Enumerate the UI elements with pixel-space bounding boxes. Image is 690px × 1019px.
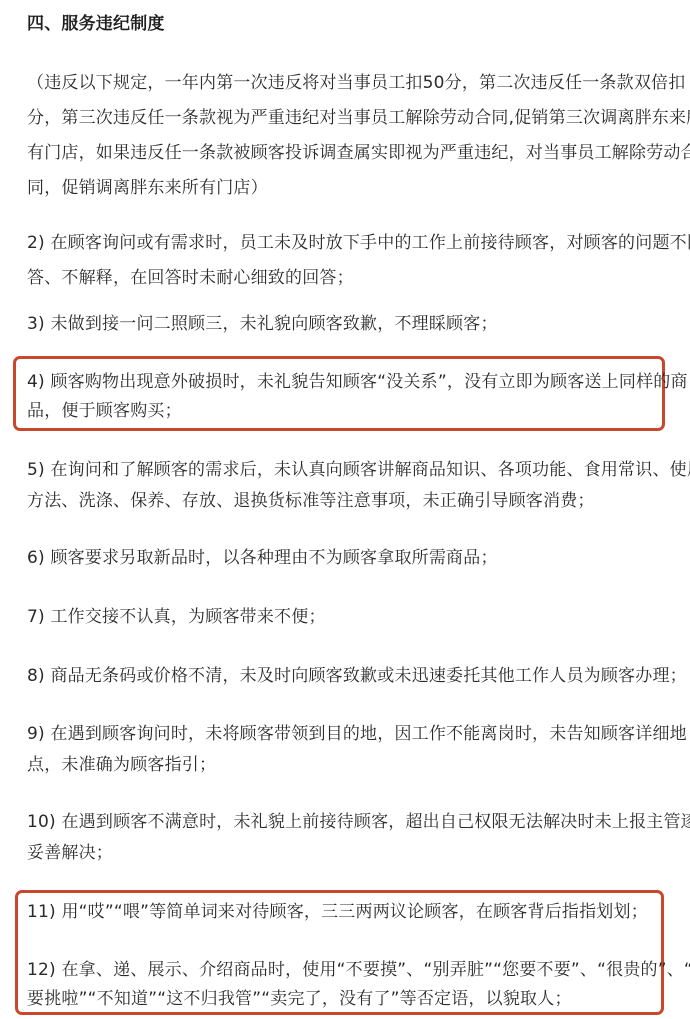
rule-item-4: 品，便于顾客购买； — [27, 401, 182, 421]
intro-line: 同，促销调离胖东来所有门店） — [27, 178, 268, 198]
intro-line: 有门店，如果违反任一条款被顾客投诉调查属实即视为严重违纪，对当事员工解除劳动合 — [27, 143, 690, 163]
rule-item-9: 9) 在遇到顾客询问时，未将顾客带领到目的地，因工作不能离岗时，未告知顾客详细地 — [27, 724, 687, 744]
rule-item-12: 要挑啦”“不知道”“这不归我管”“卖完了，没有了”等否定语，以貌取人； — [27, 989, 572, 1009]
intro-line: 分，第三次违反任一条款视为严重违纪对当事员工解除劳动合同,促销第三次调离胖东来所 — [27, 108, 690, 128]
intro-line: （违反以下规定，一年内第一次违反将对当事员工扣50分，第二次违反任一条款双倍扣 — [27, 73, 685, 93]
rule-item-6: 6) 顾客要求另取新品时，以各种理由不为顾客拿取所需商品； — [27, 548, 498, 568]
rule-item-7: 7) 工作交接不认真，为顾客带来不便； — [27, 607, 326, 627]
rule-item-5: 5) 在询问和了解顾客的需求后，未认真向顾客讲解商品知识、各项功能、食用常识、使… — [27, 460, 690, 480]
rule-item-5: 方法、洗涤、保养、存放、退换货标准等注意事项，未正确引导顾客消费； — [27, 491, 595, 511]
rule-item-2: 2) 在顾客询问或有需求时，员工未及时放下手中的工作上前接待顾客，对顾客的问题不… — [27, 233, 690, 253]
rule-item-11: 11) 用“哎”“喂”等简单词来对待顾客，三三两两议论顾客，在顾客背后指指划划； — [27, 902, 648, 922]
rule-item-3: 3) 未做到接一问二照顾三，未礼貌向顾客致歉，不理睬顾客； — [27, 314, 498, 334]
rule-item-4: 4) 顾客购物出现意外破损时，未礼貌告知顾客“没关系”，没有立即为顾客送上同样的… — [27, 372, 688, 392]
rule-item-10: 10) 在遇到顾客不满意时，未礼貌上前接待顾客，超出自己权限无法解决时未上报主管… — [27, 812, 690, 832]
section-title: 四、服务违纪制度 — [27, 14, 165, 34]
rule-item-10: 妥善解决； — [27, 843, 113, 863]
rule-item-8: 8) 商品无条码或价格不清，未及时向顾客致歉或未迅速委托其他工作人员为顾客办理； — [27, 666, 687, 686]
rule-item-2: 答、不解释，在回答时未耐心细致的回答； — [27, 268, 354, 288]
rule-item-12: 12) 在拿、递、展示、介绍商品时，使用“不要摸”、“别弄脏”“您要不要”、“很… — [27, 960, 690, 980]
rule-item-9: 点，未准确为顾客指引； — [27, 755, 216, 775]
